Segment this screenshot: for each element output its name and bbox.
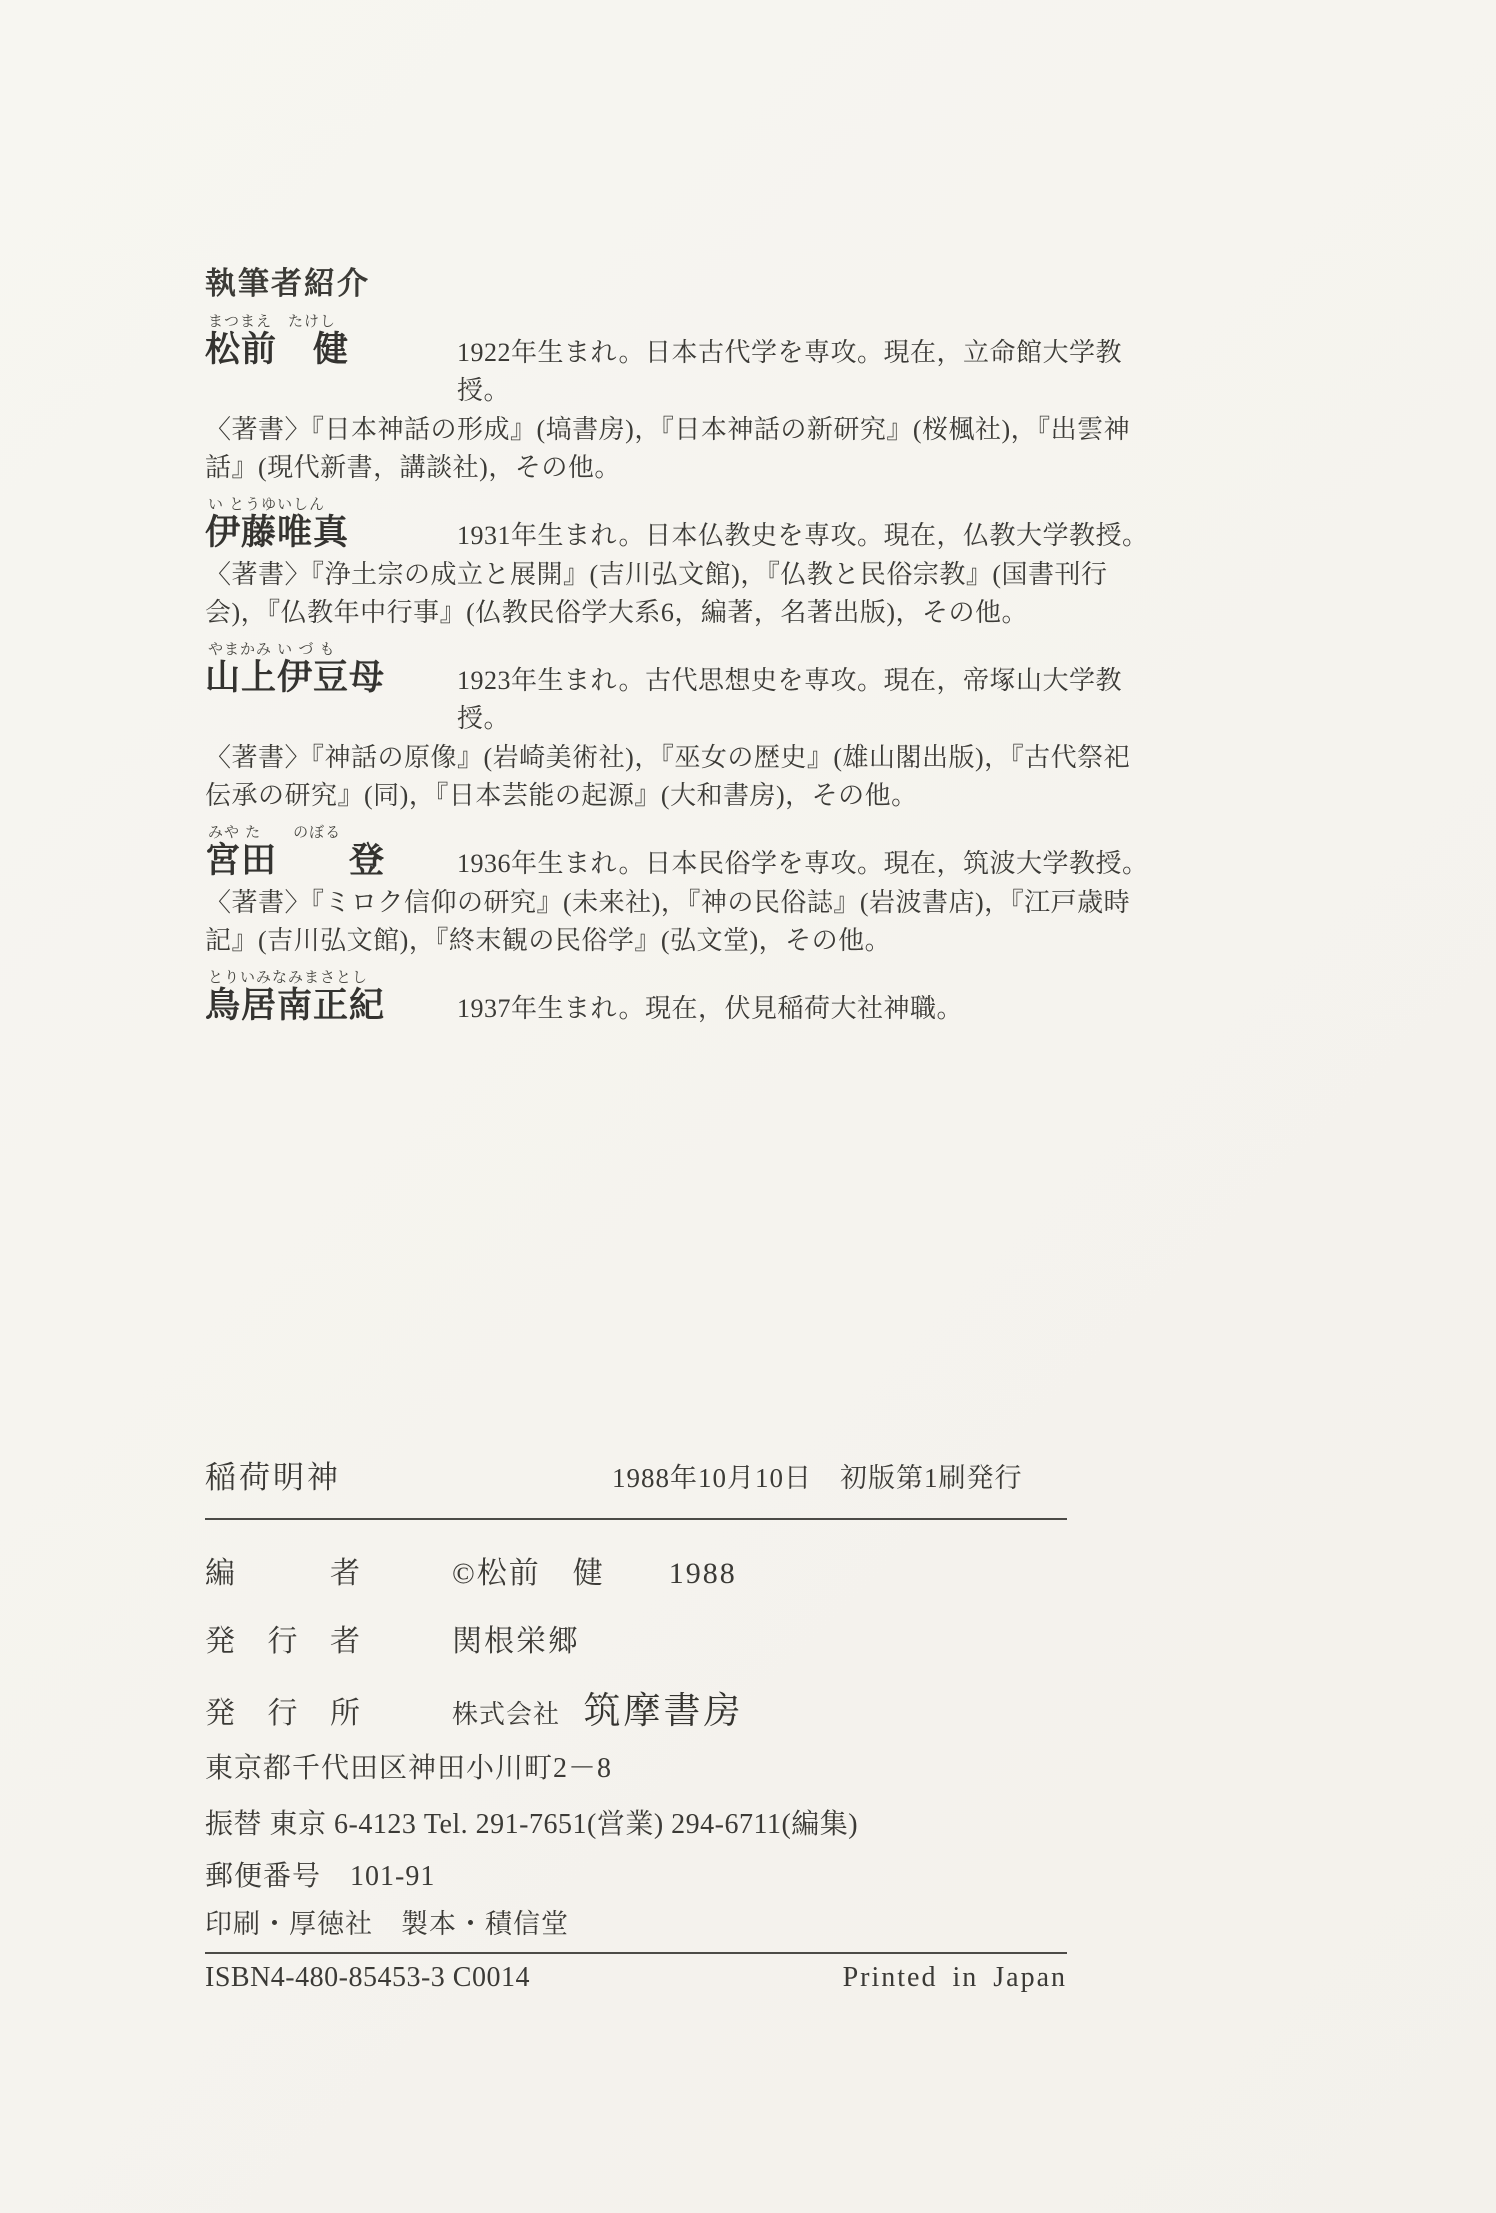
transfer-and-telephone: 振替 東京 6-4123 Tel. 291-7651(営業) 294-6711(… <box>205 1802 1067 1842</box>
author-bio: 1936年生まれ。日本民俗学を専攻。現在，筑波大学教授。 <box>457 845 1149 883</box>
publishing-house-row: 発行所 株式会社 筑摩書房 <box>205 1680 1067 1734</box>
divider-top <box>205 1518 1067 1520</box>
publishing-house-prefix: 株式会社 <box>452 1700 560 1729</box>
publisher-row: 発行者 関根栄郷 <box>205 1616 1067 1660</box>
contributors-section-title: 執筆者紹介 <box>205 258 1150 303</box>
colophon-title-row: 稲荷明神 1988年10月10日 初版第1刷発行 <box>205 1452 1067 1494</box>
author-furigana: みや た のぼる <box>208 824 1150 841</box>
author-furigana: とりいみなみまさとし <box>208 969 1150 986</box>
contributors-section: 執筆者紹介 まつまえ たけし 松前 健 1922年生まれ。日本古代学を専攻。現在… <box>205 258 1150 1037</box>
author-name: 伊藤唯真 <box>205 513 457 553</box>
colophon-page: 執筆者紹介 まつまえ たけし 松前 健 1922年生まれ。日本古代学を専攻。現在… <box>0 0 1496 2213</box>
author-works: 〈著書〉『神話の原像』(岩崎美術社)，『巫女の歴史』(雄山閣出版)，『古代祭祀伝… <box>205 739 1150 815</box>
publisher-label: 発行者 <box>205 1616 360 1660</box>
isbn-row: ISBN4-480-85453-3 C0014 Printed in Japan <box>205 1962 1067 1994</box>
editor-row: 編者 ©松前 健 1988 <box>205 1548 1067 1592</box>
publishing-house-label: 発行所 <box>205 1688 360 1732</box>
author-name: 松前 健 <box>205 330 457 370</box>
editor-value: ©松前 健 1988 <box>452 1548 737 1592</box>
publisher-address: 東京都千代田区神田小川町2－8 <box>205 1746 1067 1786</box>
publishing-house-name: 筑摩書房 <box>584 1691 744 1732</box>
publisher-value: 関根栄郷 <box>452 1616 580 1660</box>
editor-label: 編者 <box>205 1548 360 1592</box>
author-bio: 1931年生まれ。日本仏教史を専攻。現在，仏教大学教授。 <box>457 517 1149 555</box>
author-name: 山上伊豆母 <box>205 658 457 698</box>
author-name: 宮田 登 <box>205 841 457 881</box>
author-furigana: い とうゆいしん <box>208 496 1150 513</box>
author-works: 〈著書〉『浄土宗の成立と展開』(吉川弘文館)，『仏教と民俗宗教』(国書刊行会)，… <box>205 556 1150 632</box>
book-title: 稲荷明神 <box>205 1460 341 1495</box>
edition-info: 1988年10月10日 初版第1刷発行 <box>612 1456 1023 1495</box>
author-works: 〈著書〉『日本神話の形成』(塙書房)，『日本神話の新研究』(桜楓社)，『出雲神話… <box>205 411 1150 487</box>
contributor-entry: い とうゆいしん 伊藤唯真 1931年生まれ。日本仏教史を専攻。現在，仏教大学教… <box>205 496 1150 632</box>
isbn-number: ISBN4-480-85453-3 C0014 <box>205 1962 530 1994</box>
author-bio: 1937年生まれ。現在，伏見稲荷大社神職。 <box>457 990 963 1028</box>
contributor-entry: まつまえ たけし 松前 健 1922年生まれ。日本古代学を専攻。現在，立命館大学… <box>205 313 1150 487</box>
author-bio: 1922年生まれ。日本古代学を専攻。現在，立命館大学教授。 <box>457 334 1150 410</box>
contributor-entry: やまかみ い づ も 山上伊豆母 1923年生まれ。古代思想史を専攻。現在，帝塚… <box>205 641 1150 815</box>
author-furigana: まつまえ たけし <box>208 313 1150 330</box>
author-name: 鳥居南正紀 <box>205 986 457 1026</box>
contributor-entry: みや た のぼる 宮田 登 1936年生まれ。日本民俗学を専攻。現在，筑波大学教… <box>205 824 1150 960</box>
divider-bottom <box>205 1952 1067 1954</box>
author-works: 〈著書〉『ミロク信仰の研究』(未来社)，『神の民俗誌』(岩波書店)，『江戸歳時記… <box>205 884 1150 960</box>
printed-in-japan: Printed in Japan <box>843 1962 1067 1994</box>
author-furigana: やまかみ い づ も <box>208 641 1150 658</box>
postal-code: 郵便番号 101-91 <box>205 1854 1067 1894</box>
printing-and-binding: 印刷・厚徳社 製本・積信堂 <box>205 1902 1067 1941</box>
contributor-entry: とりいみなみまさとし 鳥居南正紀 1937年生まれ。現在，伏見稲荷大社神職。 <box>205 969 1150 1028</box>
author-bio: 1923年生まれ。古代思想史を専攻。現在，帝塚山大学教授。 <box>457 662 1150 738</box>
